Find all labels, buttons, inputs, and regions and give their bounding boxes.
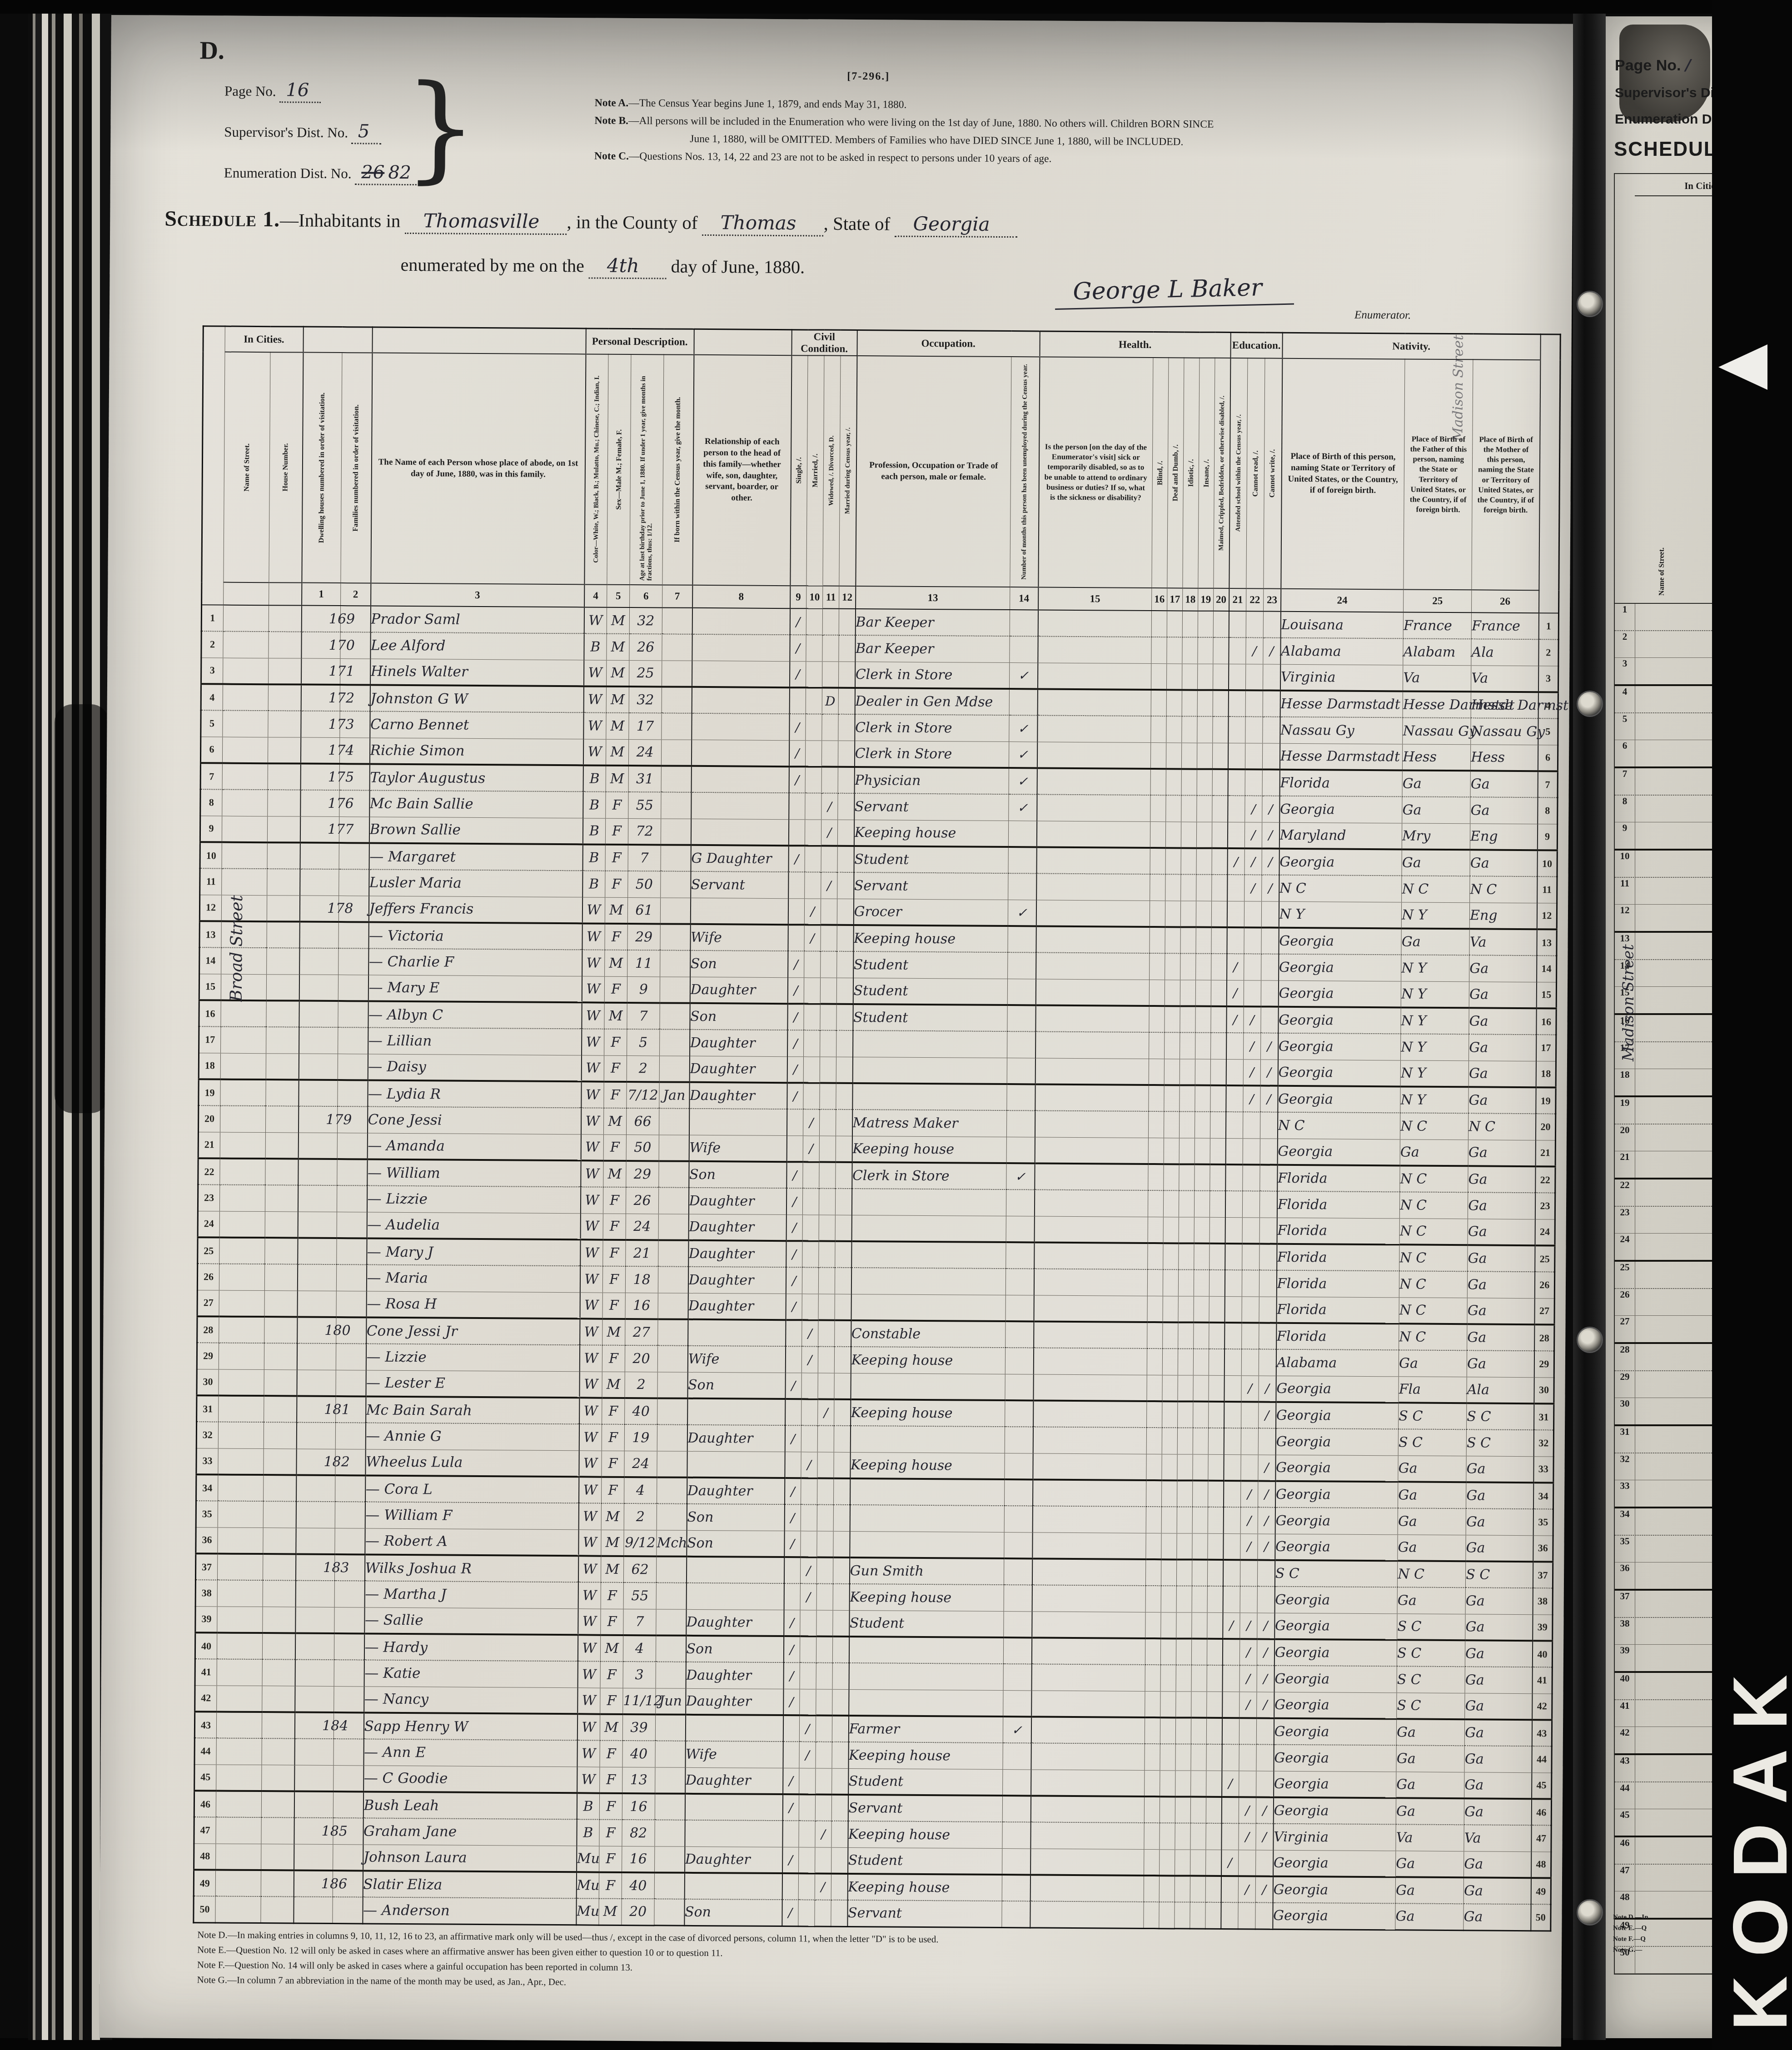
cell-mm20: [1207, 1612, 1223, 1639]
col-idiotic-label: Idiotic, /.: [1187, 456, 1195, 491]
col-school-label: Attended school within the Census year, …: [1234, 411, 1243, 536]
cell-f: [335, 1475, 365, 1502]
rp-note-d: Note D.—In: [1613, 1912, 1648, 1923]
cell-pm: Va: [1471, 665, 1538, 692]
col-blind: Blind, /.: [1152, 358, 1169, 588]
cell-c: B: [577, 1819, 599, 1846]
cell-r: Daughter: [688, 1240, 786, 1267]
cell-cr: [1243, 1112, 1260, 1138]
cell-pm: Ga: [1470, 850, 1537, 876]
cell-mo: [662, 634, 692, 660]
group-visitation: [303, 327, 372, 353]
cell-m10: [806, 608, 822, 635]
cell-s: F: [602, 1293, 625, 1319]
cell-street: [217, 1632, 262, 1659]
cell-sc: [1224, 1375, 1241, 1402]
cell-my12: [837, 872, 854, 899]
cell-my12: [836, 1162, 852, 1189]
cell-line-number: 17: [1536, 1035, 1556, 1061]
cell-mo: [659, 1134, 689, 1161]
cell-sc: [1226, 1033, 1244, 1059]
cell-b16: [1146, 1507, 1161, 1533]
cell-cr: [1239, 1744, 1256, 1771]
cell-p: Georgia: [1274, 1771, 1396, 1798]
cell-w11: [820, 978, 836, 1004]
cell-w11: [821, 741, 838, 767]
cell-nm: Prador Saml: [370, 606, 584, 634]
cell-sc: [1227, 875, 1244, 901]
col-number-12: 12: [839, 586, 856, 609]
census-table: In Cities. Personal Description. Civil C…: [193, 325, 1561, 1931]
cell-cw: [1261, 980, 1278, 1006]
cell-sc: [1223, 1586, 1240, 1612]
cell-p: Georgia: [1274, 1718, 1396, 1746]
cell-i18: [1180, 1111, 1195, 1138]
cell-f: 179: [337, 1106, 367, 1133]
cell-f: 170: [340, 632, 370, 658]
cell-sk: [1036, 847, 1150, 874]
cell-pf: N C: [1400, 1165, 1468, 1192]
cell-oc: [851, 1189, 1006, 1216]
cell-d17: [1160, 1691, 1176, 1717]
cell-my12: [838, 688, 855, 714]
cell-in19: [1194, 1296, 1209, 1323]
cell-u14: [1003, 1743, 1031, 1769]
cell-f: [338, 1054, 368, 1080]
cell-in19: [1193, 1375, 1209, 1402]
note-a-text: —The Census Year begins June 1, 1879, an…: [628, 97, 906, 111]
cell-line-number: 22: [198, 1158, 220, 1184]
col-number-10: 10: [806, 586, 823, 608]
rp-street-cell: [1635, 1673, 1717, 1699]
cell-nm: Mc Bain Sarah: [366, 1396, 579, 1424]
cell-s9: [782, 1873, 798, 1900]
cell-a: 55: [623, 1582, 656, 1609]
cell-in19: [1191, 1771, 1206, 1797]
cell-in19: [1197, 717, 1213, 743]
cell-in19: [1197, 796, 1212, 822]
rp-street-cell: [1635, 1865, 1717, 1891]
cell-nm: Richie Simon: [369, 738, 583, 766]
cell-m10: [803, 1162, 819, 1188]
cell-p: Georgia: [1276, 1376, 1399, 1403]
cell-d17: [1164, 1085, 1180, 1111]
cell-s9: [784, 1557, 800, 1583]
cell-in19: [1195, 1085, 1210, 1112]
cell-line-number: 47: [194, 1817, 216, 1843]
cell-i18: [1182, 663, 1198, 690]
cell-line-number: 16: [199, 1000, 221, 1026]
cell-cw: /: [1263, 638, 1280, 664]
group-personal: Personal Description.: [586, 328, 694, 355]
cell-my12: [833, 1531, 850, 1557]
cell-pm: Ga: [1464, 1746, 1532, 1772]
cell-sk: [1034, 1242, 1148, 1269]
cell-b16: [1145, 1559, 1161, 1586]
cell-s: F: [601, 1609, 623, 1635]
cell-m10: /: [804, 898, 821, 925]
cell-in19: [1190, 1850, 1206, 1876]
col-number-21: 21: [1229, 588, 1246, 611]
cell-line-number: 38: [1533, 1588, 1553, 1614]
rp-line-number: 26: [1615, 1289, 1635, 1315]
group-rel-blank: [694, 329, 791, 355]
cell-p: Georgia: [1276, 1402, 1399, 1429]
cell-dw: [296, 1475, 335, 1502]
cell-cr: [1243, 1138, 1260, 1164]
cell-oc: Student: [848, 1768, 1003, 1796]
group-occupation: Occupation.: [857, 330, 1040, 357]
cell-mm20: [1212, 875, 1227, 901]
cell-w11: D: [822, 688, 838, 714]
cell-sk: [1035, 1163, 1148, 1190]
cell-c: W: [580, 1187, 603, 1213]
cell-cw: [1261, 901, 1279, 928]
cell-i18: [1179, 1243, 1194, 1269]
rp-street-cell: [1635, 1562, 1717, 1589]
cell-pm: Ga: [1469, 1034, 1536, 1061]
cell-m10: [801, 1373, 818, 1399]
cell-sc: /: [1227, 848, 1244, 875]
cell-i18: [1182, 637, 1198, 663]
cell-sc: [1222, 1692, 1239, 1718]
cell-b16: [1145, 1717, 1160, 1744]
cell-s9: /: [782, 1900, 798, 1926]
cell-my12: [834, 1478, 850, 1505]
col-number-11: 11: [823, 586, 839, 609]
cell-my12: [835, 1189, 851, 1215]
cell-r: Daughter: [686, 1688, 783, 1715]
cell-cr: [1239, 1718, 1256, 1744]
cell-i18: [1175, 1902, 1190, 1928]
cell-r: Daughter: [688, 1214, 786, 1241]
cell-c: W: [579, 1477, 602, 1503]
cell-pf: S C: [1398, 1429, 1466, 1456]
state-label: , State of: [823, 213, 890, 234]
cell-cw: /: [1260, 1085, 1278, 1112]
cell-dw: [300, 869, 339, 896]
cell-mo: [660, 1003, 690, 1029]
cell-b16: [1146, 1480, 1162, 1507]
cell-cw: /: [1255, 1876, 1273, 1902]
cell-f: [338, 1080, 368, 1106]
place-value: Thomasville: [405, 209, 567, 235]
cell-s9: /: [784, 1504, 801, 1531]
cell-sc: [1221, 1823, 1239, 1850]
cell-dw: [294, 1765, 334, 1792]
cell-c: W: [578, 1503, 601, 1529]
cell-dw: [295, 1581, 334, 1607]
col-age: Age at last birthday prior to June 1, 18…: [630, 354, 664, 585]
cell-p: Georgia: [1278, 1007, 1401, 1034]
cell-sk: [1034, 1269, 1147, 1296]
col-number-22: 22: [1246, 588, 1264, 611]
cell-cr: [1239, 1850, 1256, 1876]
rp-street-cell: [1635, 1809, 1717, 1836]
cell-oc: Keeping house: [848, 1821, 1002, 1848]
cell-line-number: 24: [198, 1211, 219, 1237]
col-idiotic: Idiotic, /.: [1183, 358, 1200, 588]
cell-s: M: [606, 739, 628, 766]
cell-d17: [1161, 1559, 1176, 1586]
cell-sk: [1036, 952, 1150, 980]
cell-nm: — Anderson: [363, 1897, 576, 1925]
cell-p: Florida: [1276, 1270, 1399, 1298]
cell-d17: [1165, 980, 1180, 1006]
cell-oc: Clerk in Store: [852, 1162, 1006, 1189]
rp-street-label: Name of Street.: [1658, 547, 1666, 596]
cell-dw: [294, 1791, 333, 1818]
cell-p: Georgia: [1273, 1797, 1396, 1825]
cell-p: Virginia: [1280, 664, 1403, 692]
cell-sc: [1227, 822, 1244, 848]
cell-a: 16: [625, 1293, 658, 1319]
page-no-row: Page No. 16: [224, 80, 424, 102]
cell-s: F: [604, 1029, 627, 1055]
cell-r: Daughter: [686, 1662, 783, 1689]
binding-grommet: [1577, 291, 1603, 317]
cell-u14: ✓: [1009, 715, 1037, 741]
cell-house: [267, 816, 300, 842]
col-number-19: 19: [1198, 588, 1214, 611]
cell-mo: [657, 1451, 687, 1477]
cell-cr: [1242, 1244, 1259, 1270]
cell-mo: [662, 607, 692, 634]
col-number-3: 3: [371, 583, 584, 607]
cell-sk: [1037, 715, 1151, 742]
cell-b16: [1150, 821, 1165, 848]
cell-pm: Ga: [1464, 1798, 1531, 1825]
rp-street-cell: [1635, 1097, 1717, 1124]
cell-r: [691, 819, 788, 846]
cell-cw: [1263, 743, 1280, 770]
cell-m10: [804, 1030, 820, 1056]
cell-a: 19: [624, 1424, 657, 1451]
cell-r: Son: [690, 950, 788, 977]
cell-in19: [1198, 637, 1213, 664]
cell-sc: [1226, 1059, 1243, 1085]
cell-f: [334, 1686, 364, 1712]
cell-c: W: [580, 1292, 602, 1319]
cell-oc: Clerk in Store: [855, 714, 1009, 741]
cell-my12: [832, 1689, 849, 1716]
cell-f: [337, 1185, 367, 1212]
cell-f: 180: [336, 1317, 366, 1343]
cell-r: [692, 687, 789, 714]
cell-c: W: [578, 1529, 601, 1556]
cell-cw: [1260, 1164, 1277, 1191]
cell-u14: [1002, 1848, 1030, 1875]
film-top-border: [0, 0, 1792, 14]
cell-c: W: [578, 1582, 601, 1608]
cell-nm: Lusler Maria: [369, 869, 582, 897]
cell-a: 26: [626, 1187, 658, 1214]
cell-s: M: [602, 1372, 625, 1398]
cell-s: M: [604, 1003, 627, 1029]
cell-house: [263, 1580, 295, 1607]
cell-line-number: 23: [198, 1184, 219, 1211]
cell-house: [262, 1659, 295, 1686]
cell-c: W: [581, 1055, 604, 1081]
cell-sk: [1034, 1295, 1147, 1322]
line-number-header: [202, 326, 225, 605]
cell-f: 173: [340, 711, 370, 737]
cell-sc: [1225, 1164, 1243, 1191]
cell-s9: /: [783, 1636, 800, 1662]
cell-my12: [831, 1821, 848, 1847]
cell-mo: [656, 1582, 686, 1609]
cell-u14: [1007, 979, 1035, 1005]
cell-cw: /: [1262, 875, 1279, 901]
cell-i18: [1180, 1006, 1195, 1032]
cell-r: [692, 634, 790, 661]
cell-f: [336, 1343, 366, 1370]
cell-u14: [1007, 1005, 1035, 1031]
cell-my12: [838, 741, 854, 767]
cell-s9: [789, 687, 806, 714]
cell-d17: [1163, 1190, 1179, 1217]
cell-mo: [657, 1503, 687, 1530]
cell-sk: [1036, 926, 1150, 953]
rp-line-number: 25: [1615, 1262, 1635, 1288]
cell-u14: [1005, 1427, 1033, 1453]
cell-p: Hesse Darmstadt: [1280, 743, 1403, 771]
cell-r: [688, 1319, 786, 1346]
cell-street: [223, 605, 269, 632]
cell-sk: [1033, 1427, 1146, 1454]
cell-mo: [662, 713, 692, 739]
cell-cw: [1258, 1560, 1275, 1586]
cell-w11: [816, 1584, 833, 1610]
cell-line-number: 18: [199, 1053, 220, 1079]
cell-w11: [822, 714, 838, 741]
rp-street-cell: [1635, 1508, 1717, 1535]
cell-line-number: 13: [199, 921, 221, 947]
cell-nm: Brown Sallie: [369, 817, 582, 845]
cell-r: [692, 661, 790, 687]
cell-p: N Y: [1279, 901, 1401, 929]
cell-line-number: 11: [1537, 876, 1557, 903]
cell-c: B: [584, 633, 607, 660]
cell-cr: /: [1243, 1085, 1260, 1112]
cell-sc: /: [1223, 1612, 1240, 1639]
cell-cr: [1242, 1270, 1259, 1296]
cell-in19: [1194, 1217, 1210, 1244]
cell-dw: [297, 1370, 336, 1397]
cell-s9: /: [787, 1030, 804, 1056]
cell-m10: [804, 977, 820, 1004]
cell-a: 27: [625, 1319, 658, 1345]
cell-r: [692, 713, 789, 740]
footnotes: Note D.—In making entries in columns 9, …: [197, 1927, 1424, 1995]
cell-s9: /: [786, 1188, 802, 1214]
cell-s: F: [605, 871, 628, 897]
cell-sc: [1227, 901, 1244, 927]
col-pob-mother: Place of Birth of the Mother of this per…: [1472, 359, 1540, 590]
cell-my12: [832, 1663, 849, 1689]
cell-street: [218, 1527, 263, 1554]
cell-r: Wife: [690, 924, 788, 951]
cell-line-number: 45: [1532, 1772, 1552, 1799]
cell-f: [334, 1581, 364, 1607]
cell-d17: [1162, 1348, 1178, 1375]
cell-pf: Alabam: [1403, 638, 1471, 665]
cell-line-number: 3: [1538, 666, 1558, 692]
cell-p: Georgia: [1274, 1692, 1397, 1719]
cell-house: [265, 1132, 298, 1159]
rp-street-cell: [1635, 1042, 1717, 1069]
cell-sk: [1036, 821, 1150, 848]
cell-my12: [834, 1452, 850, 1478]
cell-street: [220, 1106, 265, 1133]
cell-sk: [1038, 636, 1151, 663]
col-name-label: The Name of each Person whose place of a…: [372, 453, 584, 484]
cell-in19: [1197, 769, 1212, 796]
cell-house: [261, 1817, 294, 1844]
cell-line-number: 49: [194, 1870, 215, 1896]
cell-oc: Student: [853, 951, 1008, 979]
cell-house: [262, 1738, 294, 1765]
cell-d17: [1161, 1586, 1176, 1612]
cell-dw: [299, 1001, 338, 1028]
cell-house: [267, 869, 300, 895]
cell-sk: [1030, 1901, 1144, 1928]
cell-sk: [1034, 1216, 1148, 1243]
cell-r: Son: [684, 1899, 782, 1926]
cell-b16: [1145, 1612, 1161, 1638]
cell-line-number: 48: [194, 1843, 216, 1870]
col-number-4: 4: [584, 584, 607, 607]
cell-a: 61: [627, 897, 660, 924]
cell-nm: — Daisy: [368, 1054, 581, 1081]
cell-mo: [662, 660, 692, 687]
cell-m10: [803, 1083, 820, 1109]
rp-line-number: 34: [1615, 1508, 1635, 1535]
cell-house: [264, 1317, 297, 1343]
cell-dw: [296, 1423, 335, 1449]
cell-line-number: 45: [194, 1764, 216, 1791]
cell-mm20: [1209, 1375, 1224, 1402]
cell-street: [220, 1053, 266, 1080]
cell-w11: [822, 662, 839, 688]
cell-cr: /: [1244, 1006, 1261, 1033]
cell-in19: [1193, 1402, 1209, 1428]
cell-pm: Ga: [1464, 1719, 1532, 1746]
cell-s9: /: [784, 1610, 800, 1636]
cell-sk: [1035, 1084, 1149, 1111]
rp-street-cell: [1635, 1344, 1717, 1370]
cell-sc: [1222, 1718, 1239, 1744]
cell-c: Mu: [576, 1872, 599, 1898]
cell-s9: /: [787, 1004, 804, 1030]
cell-dw: [294, 1739, 334, 1766]
cell-w11: [821, 899, 837, 925]
cell-sk: [1033, 1374, 1147, 1401]
cell-my12: [835, 1320, 851, 1347]
cell-in19: [1190, 1876, 1205, 1902]
cell-mm20: [1206, 1823, 1221, 1850]
cell-p: Virginia: [1273, 1824, 1396, 1851]
cell-line-number: 43: [1532, 1720, 1552, 1746]
col-married-year: Married during Census year, /.: [839, 356, 857, 586]
cell-m10: [801, 1478, 817, 1504]
cell-nm: Taylor Augustus: [369, 764, 583, 792]
cell-oc: Grocer: [853, 899, 1008, 926]
cell-sk: [1036, 900, 1150, 927]
cell-mo: [655, 1820, 685, 1846]
cell-cw: [1263, 612, 1280, 638]
cell-m10: [805, 740, 821, 766]
